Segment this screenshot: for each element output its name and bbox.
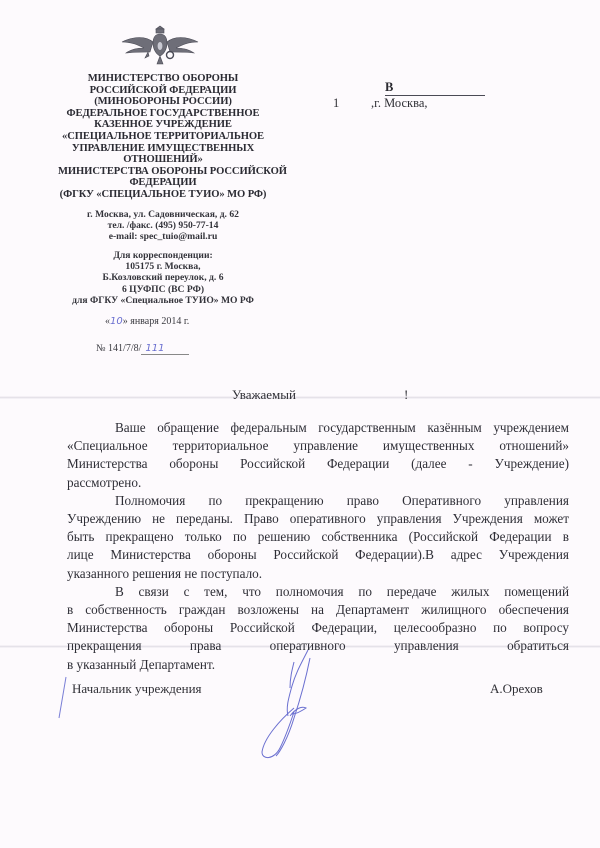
body-line: рассмотрено.	[67, 474, 569, 492]
organization-contacts: г. Москва, ул. Садовническая, д. 62 тел.…	[58, 209, 268, 243]
body-line: указанного решения не поступало.	[67, 565, 569, 583]
body-line: лице Министерства обороны Российской Фед…	[67, 546, 569, 564]
double-headed-eagle-emblem-icon	[120, 22, 200, 68]
salutation-text: Уважаемый	[232, 387, 296, 402]
organization-header: МИНИСТЕРСТВО ОБОРОНЫ РОССИЙСКОЙ ФЕДЕРАЦИ…	[58, 73, 268, 201]
reference-number: № 141/7/8/111	[96, 343, 189, 355]
corr-line: 105175 г. Москва,	[58, 261, 268, 272]
recipient-address: 1,г. Москва,	[333, 96, 428, 111]
correspondence-address: Для корреспонденции: 105175 г. Москва, Б…	[58, 250, 268, 306]
paper-fold-line	[0, 396, 600, 399]
salutation-end: !	[404, 387, 408, 403]
org-line: УПРАВЛЕНИЕ ИМУЩЕСТВЕННЫХ	[58, 143, 268, 155]
org-line: ФЕДЕРАЦИИ	[58, 177, 268, 189]
body-line: «Специальное территориальное управление …	[67, 437, 569, 455]
reference-blank: 111	[141, 343, 189, 355]
letter-date: «10» января 2014 г.	[105, 316, 189, 327]
org-line: ОТНОШЕНИЙ»	[58, 154, 268, 166]
email-line: e-mail: spec_tuio@mail.ru	[58, 231, 268, 242]
body-line: В связи с тем, что полномочия по передач…	[67, 583, 569, 601]
body-line: Министерства обороны Российской Федераци…	[67, 455, 569, 473]
body-line: Министерства обороны Российской Федераци…	[67, 619, 569, 637]
letter-body: Ваше обращение федеральным государственн…	[67, 419, 569, 674]
body-line: Учреждению не переданы. Право оперативно…	[67, 510, 569, 528]
corr-line: Для корреспонденции:	[58, 250, 268, 261]
org-line: (МИНОБОРОНЫ РОССИИ)	[58, 96, 268, 108]
org-line: МИНИСТЕРСТВА ОБОРОНЫ РОССИЙСКОЙ	[58, 166, 268, 178]
handwritten-signature-icon	[250, 648, 330, 763]
recipient-line: В	[385, 80, 485, 96]
reference-prefix: № 141/7/8/	[96, 343, 141, 354]
pen-stroke-mark-icon	[56, 675, 68, 720]
signatory-position: Начальник учреждения	[72, 681, 202, 697]
body-line: Ваше обращение федеральным государственн…	[67, 419, 569, 437]
handwritten-day: 10	[110, 316, 123, 327]
org-line: ФЕДЕРАЛЬНОЕ ГОСУДАРСТВЕННОЕ	[58, 108, 268, 120]
body-line: Полномочия по прекращению право Оператив…	[67, 492, 569, 510]
org-line: РОССИЙСКОЙ ФЕДЕРАЦИИ	[58, 85, 268, 97]
org-line: КАЗЕННОЕ УЧРЕЖДЕНИЕ	[58, 119, 268, 131]
recipient-number: 1	[333, 96, 371, 111]
org-line: (ФГКУ «СПЕЦИАЛЬНОЕ ТУИО» МО РФ)	[58, 189, 268, 201]
date-month-year: » января 2014 г.	[123, 316, 190, 327]
body-line: в собственность граждан возложены на Деп…	[67, 601, 569, 619]
phone-line: тел. /факс. (495) 950-77-14	[58, 220, 268, 231]
recipient-city: ,г. Москва,	[371, 96, 428, 110]
scanned-letter-page: МИНИСТЕРСТВО ОБОРОНЫ РОССИЙСКОЙ ФЕДЕРАЦИ…	[0, 0, 600, 848]
signatory-name: А.Орехов	[490, 681, 543, 697]
corr-line: Б.Козловский переулок, д. 6	[58, 272, 268, 283]
corr-line: для ФГКУ «Специальное ТУИО» МО РФ	[58, 295, 268, 306]
org-line: МИНИСТЕРСТВО ОБОРОНЫ	[58, 73, 268, 85]
paragraph-2: Полномочия по прекращению право Оператив…	[67, 492, 569, 583]
org-line: «СПЕЦИАЛЬНОЕ ТЕРРИТОРИАЛЬНОЕ	[58, 131, 268, 143]
paragraph-1: Ваше обращение федеральным государственн…	[67, 419, 569, 492]
handwritten-reference: 111	[145, 343, 164, 354]
address-line: г. Москва, ул. Садовническая, д. 62	[58, 209, 268, 220]
body-line: быть прекращено только по решению собств…	[67, 528, 569, 546]
salutation: Уважаемый !	[232, 387, 296, 403]
corr-line: 6 ЦУФПС (ВС РФ)	[58, 284, 268, 295]
